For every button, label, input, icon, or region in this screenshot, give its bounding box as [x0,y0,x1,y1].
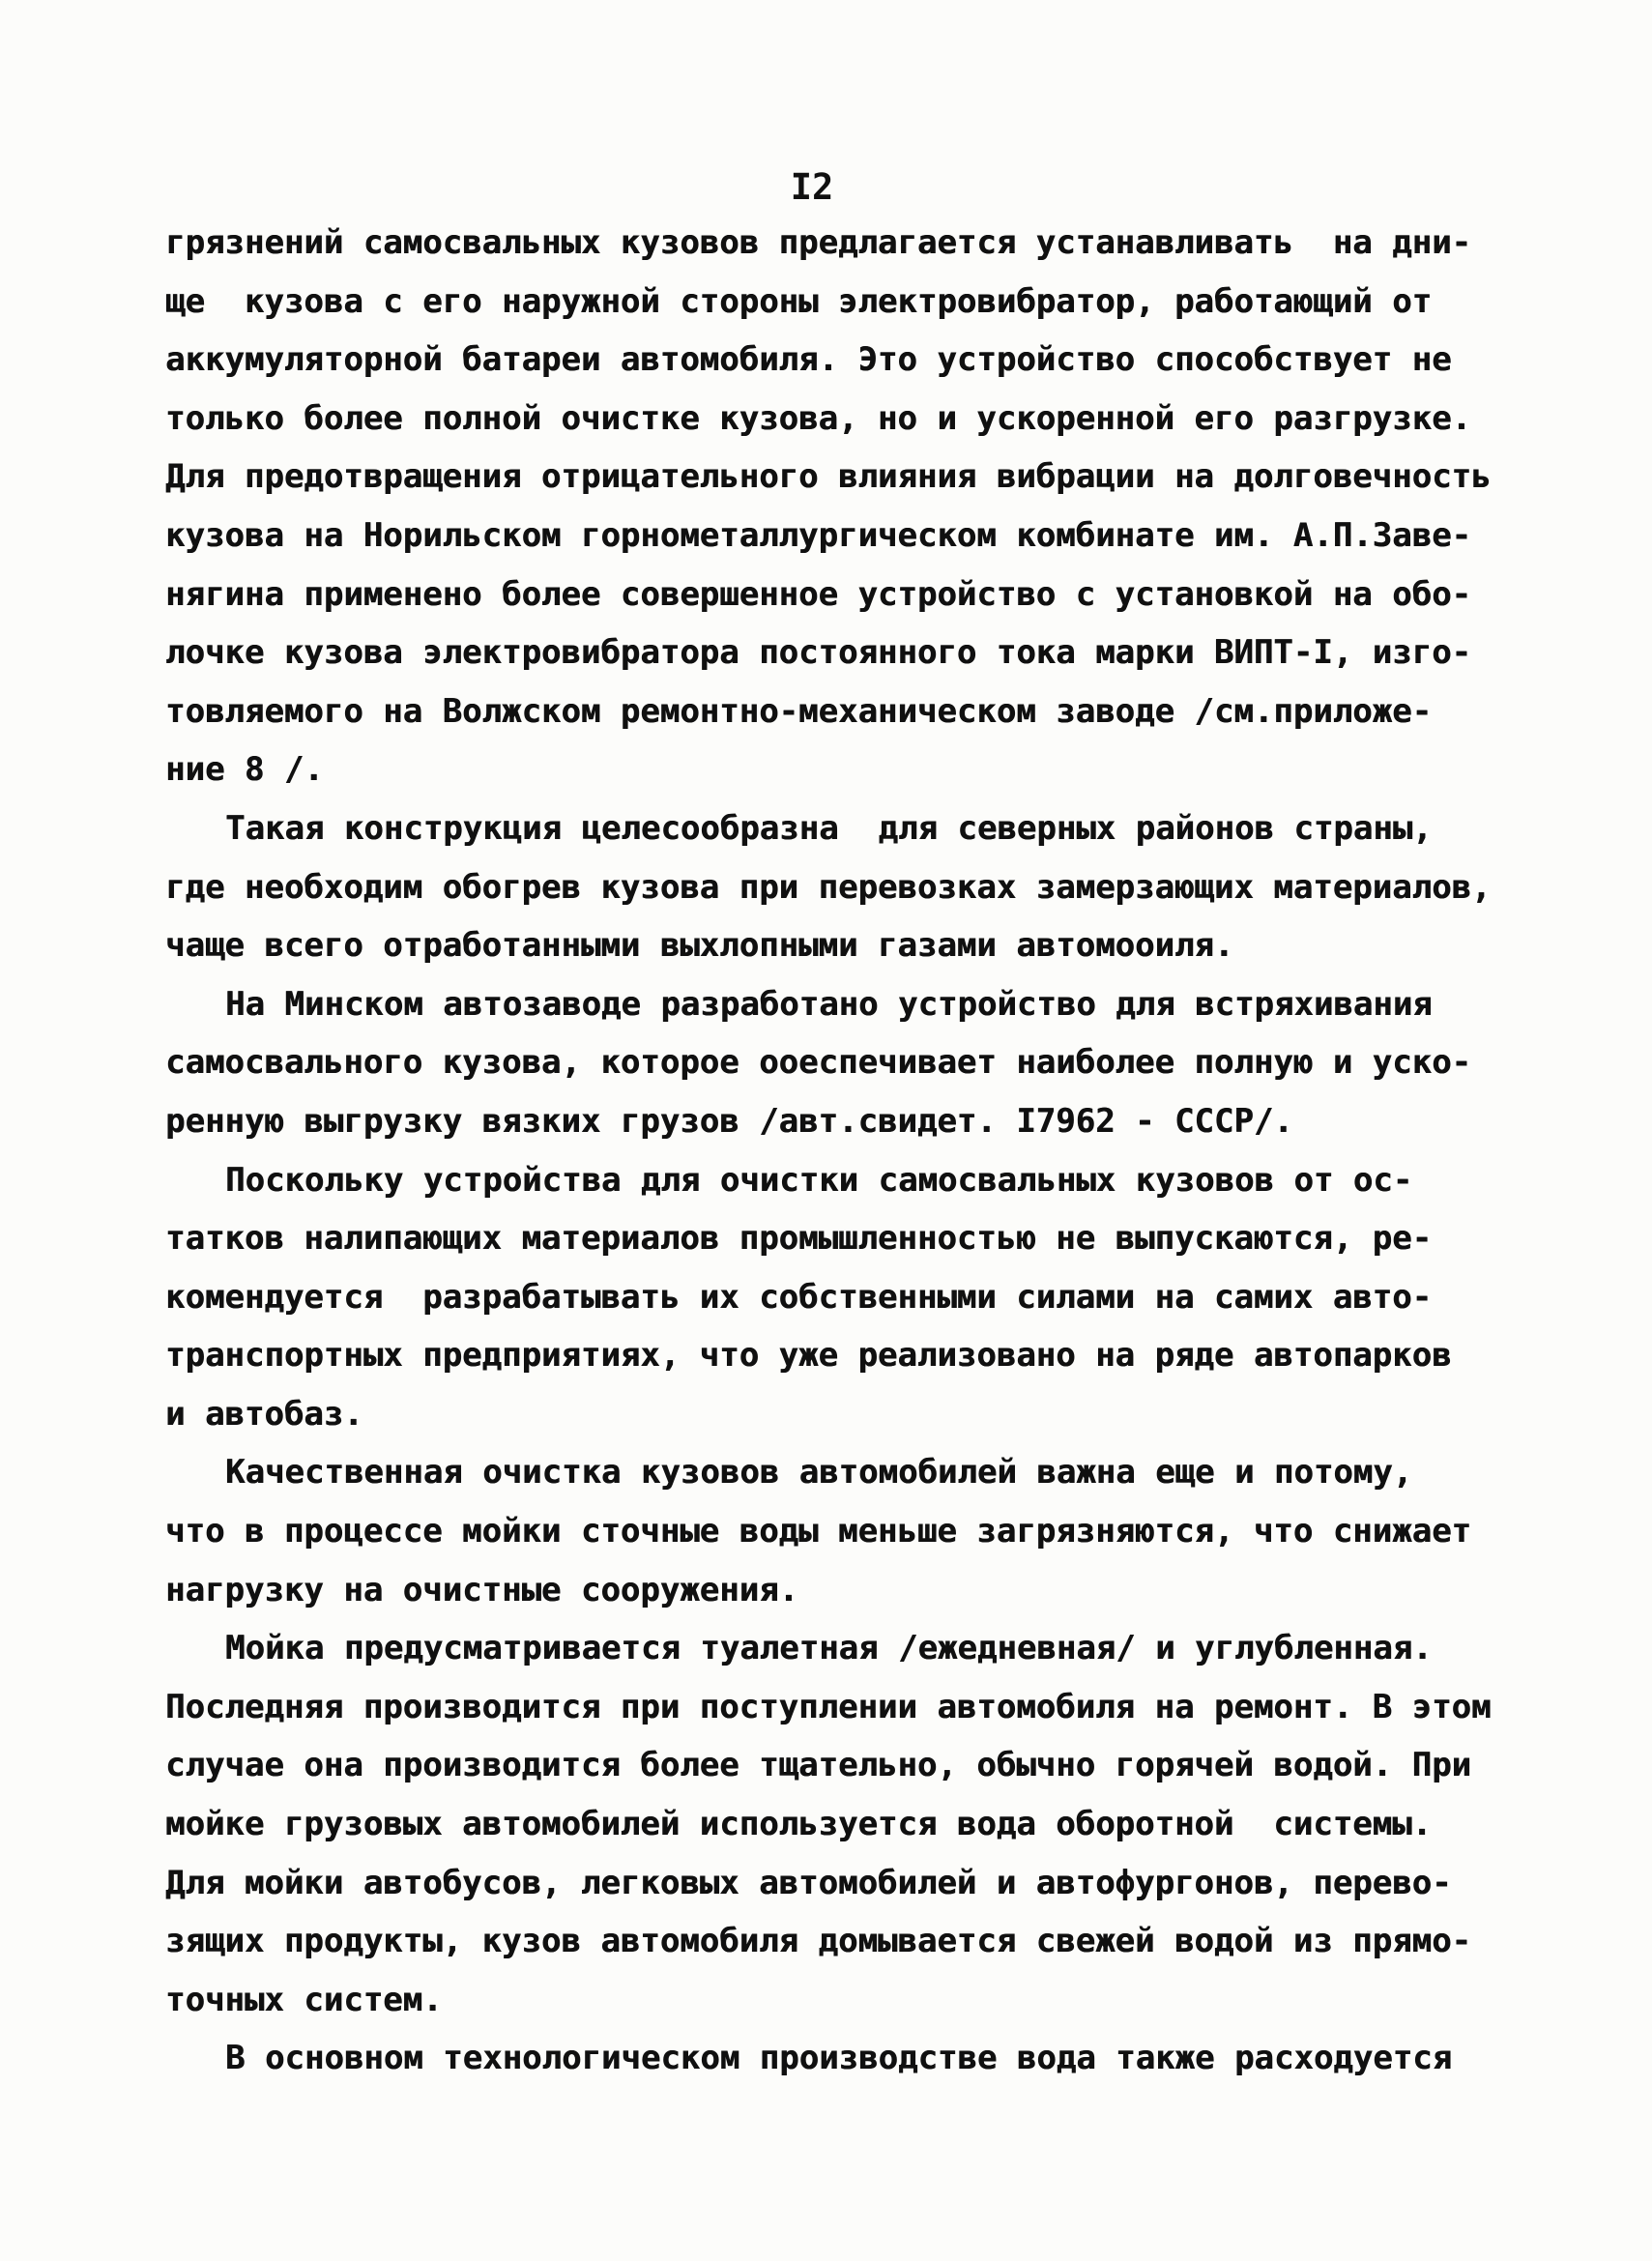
text-line: грязнений самосвальных кузовов предлагае… [165,214,1538,273]
text-line: ще кузова с его наружной стороны электро… [165,273,1538,332]
text-line: На Минском автозаводе разработано устрой… [165,975,1538,1034]
text-line: кузова на Норильском горнометаллургическ… [165,507,1538,565]
text-line: случае она производится более тщательно,… [165,1736,1538,1795]
text-line: чаще всего отработанными выхлопными газа… [165,916,1538,975]
text-line: транспортных предприятиях, что уже реали… [165,1326,1538,1385]
text-line: нагрузку на очистные сооружения. [165,1561,1538,1620]
document-page: I2 грязнений самосвальных кузовов предла… [0,0,1652,2261]
text-line: Такая конструкция целесообразна для севе… [165,799,1538,858]
text-line: Для мойки автобусов, легковых автомобиле… [165,1854,1538,1913]
text-line: В основном технологическом производстве … [165,2029,1538,2088]
text-line: Поскольку устройства для очистки самосва… [165,1151,1538,1210]
text-line: Для предотвращения отрицательного влияни… [165,448,1538,507]
text-line: ренную выгрузку вязких грузов /авт.свиде… [165,1092,1538,1151]
text-line: комендуется разрабатывать их собственным… [165,1268,1538,1327]
text-line: лочке кузова электровибратора постоянног… [165,623,1538,682]
text-line: ние 8 /. [165,740,1538,799]
text-line: самосвального кузова, которое ооеспечива… [165,1033,1538,1092]
page-number: I2 [0,166,1624,208]
text-line: Последняя производится при поступлении а… [165,1678,1538,1737]
text-line: и автобаз. [165,1385,1538,1444]
text-line: татков налипающих материалов промышленно… [165,1209,1538,1268]
text-line: нягина применено более совершенное устро… [165,565,1538,624]
text-line: только более полной очистке кузова, но и… [165,390,1538,449]
text-line: Мойка предусматривается туалетная /ежедн… [165,1619,1538,1678]
text-line: что в процессе мойки сточные воды меньше… [165,1502,1538,1561]
text-line: где необходим обогрев кузова при перевоз… [165,858,1538,917]
text-body: грязнений самосвальных кузовов предлагае… [165,214,1538,2088]
text-line: зящих продукты, кузов автомобиля домывае… [165,1912,1538,1971]
text-line: точных систем. [165,1971,1538,2030]
text-line: аккумуляторной батареи автомобиля. Это у… [165,331,1538,390]
text-line: мойке грузовых автомобилей используется … [165,1795,1538,1854]
text-line: Качественная очистка кузовов автомобилей… [165,1443,1538,1502]
text-line: товляемого на Волжском ремонтно-механиче… [165,682,1538,741]
